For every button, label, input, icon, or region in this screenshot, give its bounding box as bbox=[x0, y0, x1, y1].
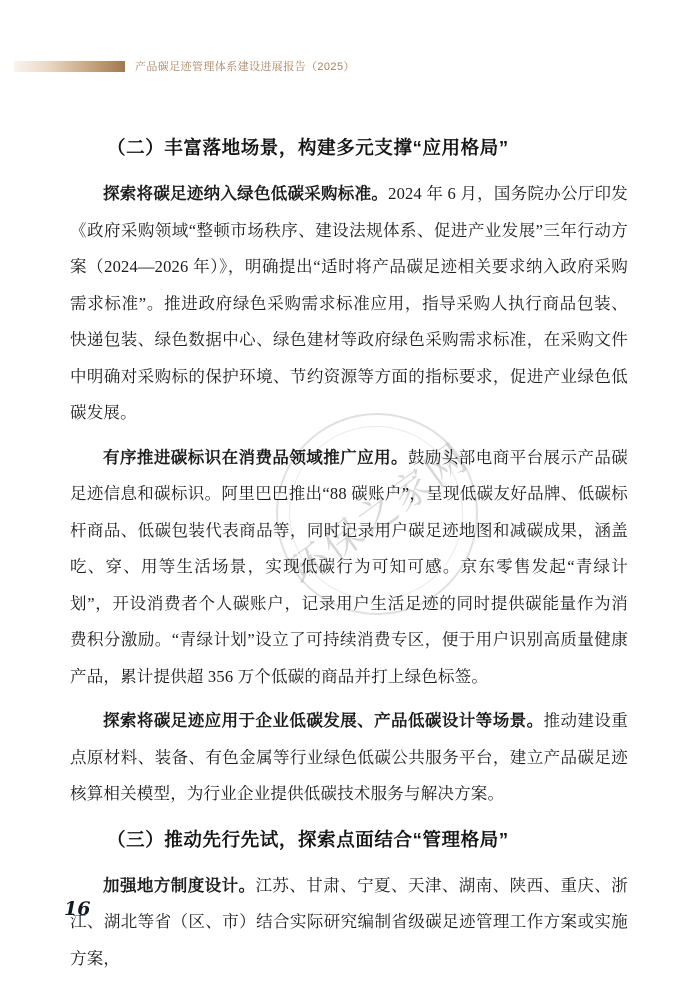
section-heading-2: （二）丰富落地场景，构建多元支撑“应用格局” bbox=[70, 129, 628, 167]
paragraph-enterprise-lowcarbon: 探索将碳足迹应用于企业低碳发展、产品低碳设计等场景。推动建设重点原材料、装备、有… bbox=[70, 703, 628, 813]
section-heading-3: （三）推动先行先试，探索点面结合“管理格局” bbox=[70, 821, 628, 859]
paragraph-local-policy: 加强地方制度设计。江苏、甘肃、宁夏、天津、湖南、陕西、重庆、浙江、湖北等省（区、… bbox=[70, 868, 628, 978]
page-number: 16 bbox=[64, 898, 90, 920]
report-title: 产品碳足迹管理体系建设进展报告（2025） bbox=[135, 58, 355, 74]
paragraph-lead: 探索将碳足迹应用于企业低碳发展、产品低碳设计等场景。 bbox=[103, 711, 544, 730]
header-gradient-bar bbox=[14, 61, 125, 72]
paragraph-lead: 探索将碳足迹纳入绿色低碳采购标准。 bbox=[103, 184, 388, 203]
paragraph-body: 2024 年 6 月，国务院办公厅印发《政府采购领域“整顿市场秩序、建设法规体系… bbox=[70, 184, 628, 422]
page-content: （二）丰富落地场景，构建多元支撑“应用格局” 探索将碳足迹纳入绿色低碳采购标准。… bbox=[70, 129, 628, 983]
paragraph-body: 鼓励头部电商平台展示产品碳足迹信息和碳标识。阿里巴巴推出“88 碳账户”，呈现低… bbox=[70, 448, 628, 686]
document-page: 环保之家网 产品碳足迹管理体系建设进展报告（2025） （二）丰富落地场景，构建… bbox=[0, 0, 699, 983]
paragraph-lead: 加强地方制度设计。 bbox=[103, 876, 255, 895]
paragraph-lead: 有序推进碳标识在消费品领域推广应用。 bbox=[103, 448, 408, 467]
page-header: 产品碳足迹管理体系建设进展报告（2025） bbox=[14, 58, 355, 74]
paragraph-carbon-label: 有序推进碳标识在消费品领域推广应用。鼓励头部电商平台展示产品碳足迹信息和碳标识。… bbox=[70, 440, 628, 696]
paragraph-procurement: 探索将碳足迹纳入绿色低碳采购标准。2024 年 6 月，国务院办公厅印发《政府采… bbox=[70, 176, 628, 432]
